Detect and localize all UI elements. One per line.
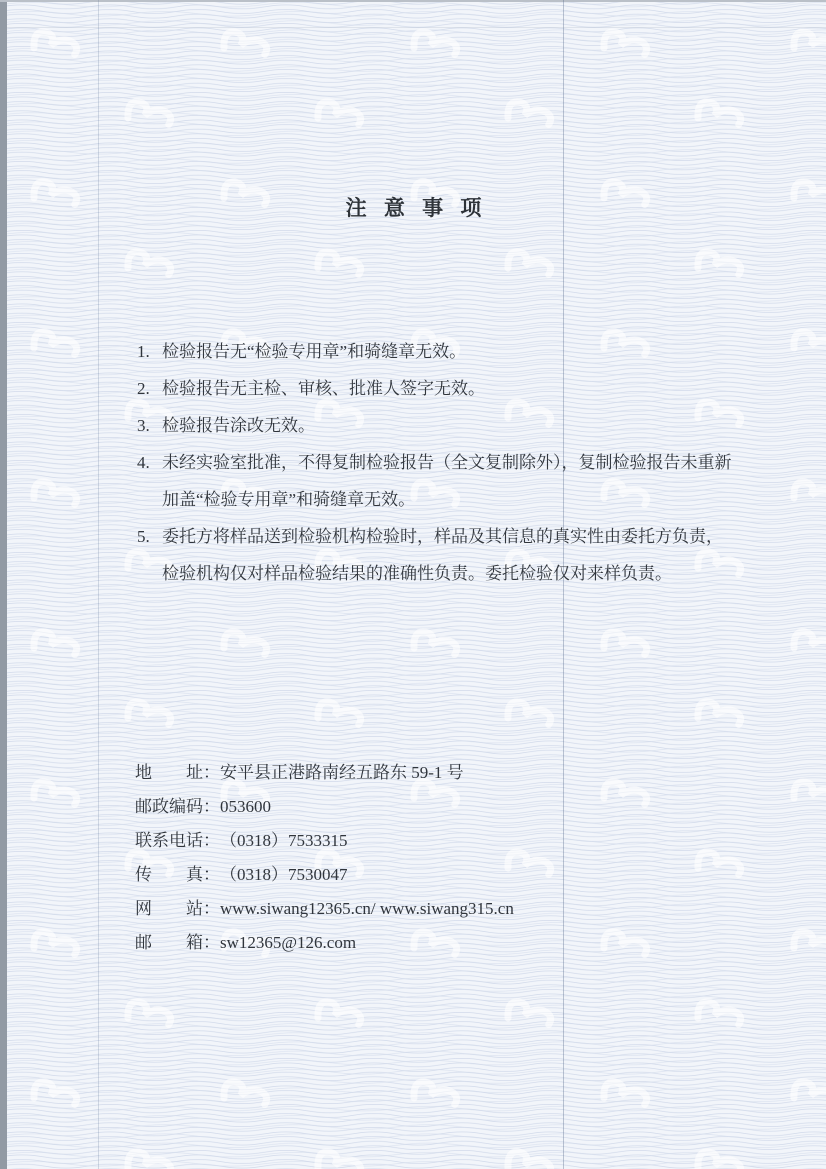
contact-value: www.siwang12365.cn/ www.siwang315.cn [220,899,514,918]
contact-label: 网 站： [135,892,220,926]
note-line: 1. 检验报告无“检验专用章”和骑缝章无效。 [137,333,777,370]
note-text: 检验报告无主检、审核、批准人签字无效。 [162,379,485,398]
contact-value: 安平县正港路南经五路东 59-1 号 [220,763,464,782]
crease-line [7,27,826,28]
scanner-edge-left [0,0,7,1169]
contact-label: 地 址： [135,756,220,790]
note-number: 1. [137,333,150,370]
contact-label: 邮 箱： [135,926,220,960]
notes-list: 1. 检验报告无“检验专用章”和骑缝章无效。 2. 检验报告无主检、审核、批准人… [137,333,777,592]
note-line: 2. 检验报告无主检、审核、批准人签字无效。 [137,370,777,407]
contact-value: 053600 [220,797,271,816]
contact-info: 地 址：安平县正港路南经五路东 59-1 号 邮政编码：053600 联系电话：… [135,756,514,960]
note-text: 检验机构仅对样品检验结果的准确性负责。委托检验仅对来样负责。 [162,564,672,583]
note-number: 4. [137,444,150,481]
note-number: 5. [137,518,150,555]
note-line: 5. 委托方将样品送到检验机构检验时，样品及其信息的真实性由委托方负责， [137,518,777,555]
note-text: 委托方将样品送到检验机构检验时，样品及其信息的真实性由委托方负责， [162,527,723,546]
contact-row-phone: 联系电话：（0318）7533315 [135,824,514,858]
note-line-continuation: 加盖“检验专用章”和骑缝章无效。 [137,481,777,518]
note-number: 3. [137,407,150,444]
contact-label: 邮政编码： [135,790,220,824]
contact-label: 联系电话： [135,824,220,858]
contact-row-address: 地 址：安平县正港路南经五路东 59-1 号 [135,756,514,790]
note-line-continuation: 检验机构仅对样品检验结果的准确性负责。委托检验仅对来样负责。 [137,555,777,592]
note-text: 加盖“检验专用章”和骑缝章无效。 [162,490,415,509]
note-line: 4. 未经实验室批准，不得复制检验报告（全文复制除外），复制检验报告未重新 [137,444,777,481]
report-back-page: 注 意 事 项 1. 检验报告无“检验专用章”和骑缝章无效。 2. 检验报告无主… [0,0,826,1169]
contact-value: （0318）7530047 [220,865,348,884]
contact-label: 传 真： [135,858,220,892]
scanner-edge-top [0,0,826,2]
note-number: 2. [137,370,150,407]
contact-value: （0318）7533315 [220,831,348,850]
note-line: 3. 检验报告涂改无效。 [137,407,777,444]
note-text: 检验报告无“检验专用章”和骑缝章无效。 [162,342,466,361]
note-text: 未经实验室批准，不得复制检验报告（全文复制除外），复制检验报告未重新 [162,453,732,472]
contact-row-email: 邮 箱：sw12365@126.com [135,926,514,960]
contact-value: sw12365@126.com [220,933,356,952]
page-title: 注 意 事 项 [7,192,826,222]
contact-row-website: 网 站：www.siwang12365.cn/ www.siwang315.cn [135,892,514,926]
contact-row-postcode: 邮政编码：053600 [135,790,514,824]
contact-row-fax: 传 真：（0318）7530047 [135,858,514,892]
note-text: 检验报告涂改无效。 [162,416,315,435]
fold-line-left [98,0,99,1169]
